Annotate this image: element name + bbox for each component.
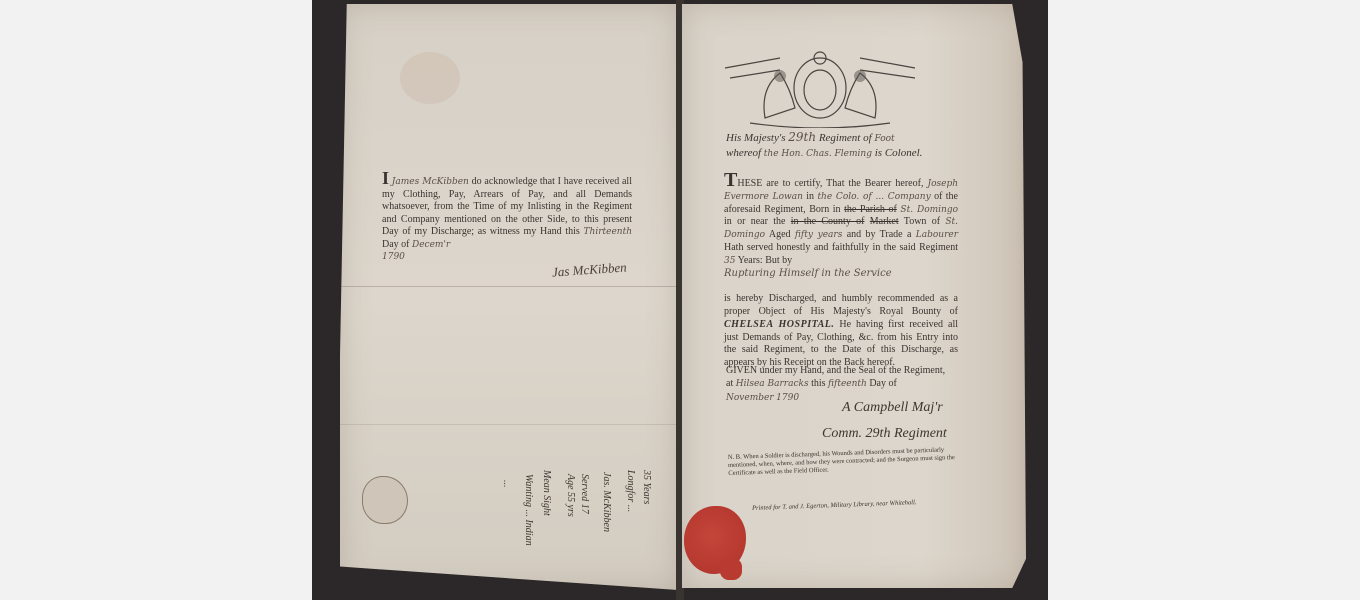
age: fifty years — [795, 230, 842, 240]
chelsea-hospital: CHELSEA HOSPITAL. — [724, 319, 834, 330]
given-this: this — [811, 378, 825, 389]
royal-coat-of-arms-icon — [720, 48, 920, 128]
given-place: Hilsea Barracks — [736, 379, 809, 389]
heading-whereof: whereof — [726, 147, 761, 159]
cert-near: in or near the — [724, 216, 785, 227]
regiment-number: 29th — [788, 130, 816, 144]
given-line: GIVEN under my Hand, and the Seal of the… — [726, 365, 945, 376]
cert-born-in: Born in — [809, 204, 840, 215]
paper-hole — [362, 476, 408, 524]
ack-year: 1790 — [382, 252, 405, 262]
endorsement-note: ... — [501, 480, 512, 488]
given-day-of: Day of — [869, 378, 897, 389]
endorsement-note: Age 55 yrs — [565, 474, 576, 517]
cert-aged: Aged — [769, 229, 791, 240]
cert-discharged: is hereby Discharged, and humbly recomme… — [724, 293, 958, 317]
cert-trade-label: and by Trade a — [847, 229, 912, 240]
years-served: 35 — [724, 256, 735, 266]
endorsement-note: Mean Sight — [541, 470, 552, 516]
struck-county: in the County of — [791, 216, 865, 227]
endorsement-note: Jas. McKibben — [601, 472, 612, 532]
heading-prefix: His Majesty's — [726, 132, 786, 144]
fold-line — [340, 286, 678, 287]
document-photo: I James McKibben do acknowledge that I h… — [312, 0, 1048, 600]
given-under-hand: GIVEN under my Hand, and the Seal of the… — [726, 364, 966, 405]
fold-line — [340, 424, 678, 425]
officer-title: Comm. 29th Regiment — [822, 426, 947, 442]
dropcap: T — [724, 169, 737, 191]
certificate-text: THESE are to certify, That the Bearer he… — [724, 174, 958, 370]
cert-opening: HESE are to certify, That the Bearer her… — [737, 178, 923, 189]
given-month: November — [726, 393, 774, 403]
cert-served: Hath served honestly and faithfully in t… — [724, 242, 958, 253]
given-day: fifteenth — [828, 379, 867, 389]
company-name: the Colo. of ... Company — [817, 192, 930, 202]
given-year: 1790 — [776, 393, 799, 403]
endorsement-note: 35 Years — [641, 470, 652, 504]
given-at: at — [726, 378, 733, 389]
endorsement-note: Longfor ... — [625, 470, 636, 512]
acknowledgement-text: I James McKibben do acknowledge that I h… — [382, 172, 632, 264]
trade: Labourer — [916, 230, 958, 240]
heading-regiment-of: Regiment of — [819, 132, 872, 144]
regiment-type: Foot — [874, 134, 894, 144]
struck-parish: the Parish of — [844, 204, 897, 215]
cert-years-label: Years: But by — [738, 255, 793, 266]
endorsement-note: Wanting ... Indian — [523, 474, 534, 546]
ack-day-of: Day of — [382, 239, 410, 250]
struck-market: Market — [870, 216, 899, 227]
dropcap: I — [382, 168, 389, 188]
rotated-endorsement-notes: 35 Years Longfor ... Jas. McKibben Serve… — [472, 470, 662, 580]
birthplace: St. Domingo — [900, 205, 958, 215]
officer-signature: A Campbell Maj'r — [842, 400, 943, 416]
endorsement-note: Served 17 — [579, 474, 590, 514]
colonel-name: the Hon. Chas. Fleming — [764, 149, 872, 159]
discharge-reason: Rupturing Himself in the Service — [724, 268, 892, 279]
soldier-name: James McKibben — [392, 177, 469, 187]
heading-is-colonel: is Colonel. — [875, 147, 923, 159]
regiment-heading: His Majesty's 29th Regiment of Foot wher… — [726, 130, 986, 161]
ack-month: Decem'r — [412, 240, 450, 250]
cert-town-of: Town of — [904, 216, 940, 227]
ack-day: Thirteenth — [584, 227, 632, 237]
cert-in: in — [806, 191, 814, 202]
stain — [400, 52, 460, 104]
wax-seal-fragment — [720, 558, 742, 580]
